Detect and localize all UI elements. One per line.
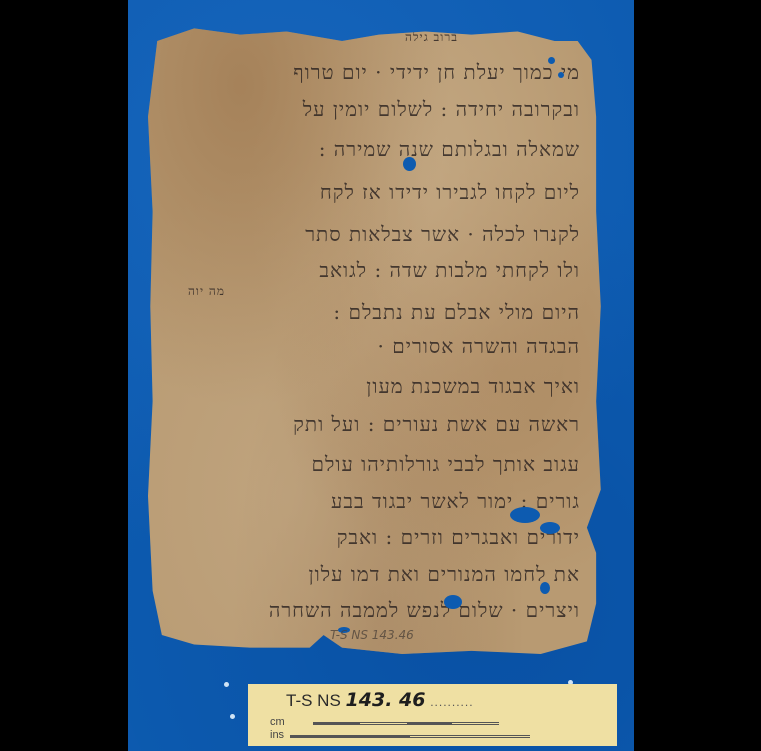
scale-ins-label: ins (270, 729, 284, 741)
mount-pin (224, 682, 229, 687)
parchment-hole (540, 582, 550, 594)
manuscript-line: ולו לקחתי מלבות שדה : לגואב (168, 258, 580, 283)
pencil-shelfmark: T-S NS 143.46 (330, 628, 414, 642)
shelfmark-reference: T-S NS 143. 46 .......... (286, 689, 474, 711)
parchment-hole (548, 57, 555, 64)
parchment-hole (540, 522, 560, 534)
manuscript-line: את לחמו המנורים ואת דמו עלון (168, 562, 580, 587)
shelfmark-label: T-S NS 143. 46 .......... cm ins (248, 684, 617, 746)
manuscript-line: ואיך אבגוד במשכנת מעון (168, 374, 580, 399)
manuscript-fragment: ברוב גילה מי כמוך יעלת חן ידידי · יום טר… (148, 22, 610, 654)
manuscript-line: ליום לקחו לגבירו ידידו אז לקח (168, 180, 580, 205)
manuscript-line: עגוב אותך לבבי גורלותיהו עולם (168, 452, 580, 477)
manuscript-line: היום מולי אבלם עת נתבלם : (168, 300, 580, 325)
manuscript-line: ידורים ואבגרים וזרים : ואבק (168, 525, 580, 550)
parchment-hole (558, 72, 564, 78)
shelfmark-number: 143. 46 (346, 689, 426, 711)
manuscript-line: הבגדה והשרה אסורים · (168, 334, 580, 359)
manuscript-line: מי כמוך יעלת חן ידידי · יום טרוף (168, 60, 580, 85)
manuscript-line: ויצרים · שלום לנפש לממבה השחרה (168, 598, 580, 623)
scale-cm-label: cm (270, 716, 285, 728)
parchment-hole (444, 595, 462, 609)
shelfmark-prefix: T-S NS (286, 691, 341, 710)
manuscript-line: ובקרובה יחידה : לשלום יומין על (168, 97, 580, 122)
manuscript-line: שמאלה ובגלותם שנה שמירה : (168, 137, 580, 162)
parchment-hole (403, 157, 416, 171)
marginal-note: מה יוה (188, 284, 225, 299)
mount-pin (230, 714, 235, 719)
shelfmark-dots: .......... (430, 695, 473, 709)
manuscript-line: לקנרו לכלה · אשר צבלאות סתר (168, 222, 580, 247)
manuscript-line: ראשה עם אשת נעורים : ועל ותק (168, 412, 580, 437)
parchment-hole (510, 507, 540, 523)
